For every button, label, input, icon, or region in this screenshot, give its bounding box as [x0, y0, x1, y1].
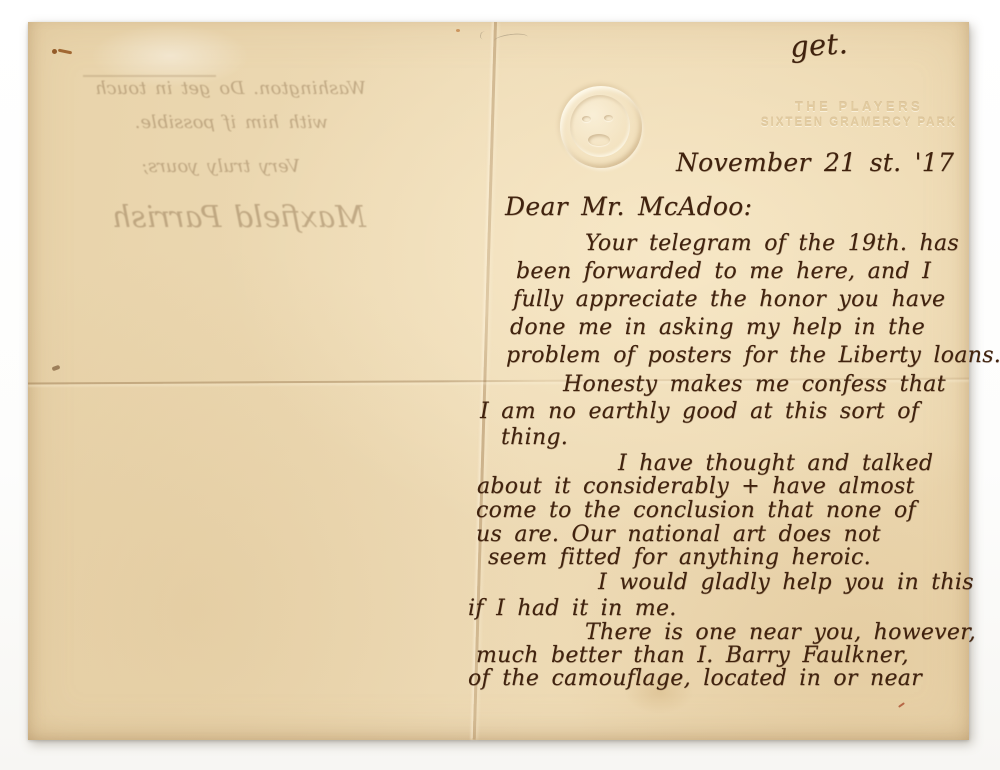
ink-fleck-dash — [58, 49, 72, 55]
letter-date: November 21 st. '17 — [676, 148, 954, 177]
bleedthrough-line: Very truly yours; — [142, 156, 300, 177]
letter-body-line: I would gladly help you in this — [598, 570, 974, 595]
letter-body-line: seem fitted for anything heroic. — [488, 545, 871, 570]
letter-body-line: come to the conclusion that none of — [476, 498, 916, 523]
letter-body-line: I have thought and talked — [618, 451, 933, 476]
letter-body-line: much better than I. Barry Faulkner, — [476, 643, 909, 668]
letter-body-line: about it considerably + have almost — [477, 474, 915, 499]
letter-sheet: Washington. Do get in touch with him if … — [28, 22, 969, 740]
ink-fleck-dot — [52, 49, 57, 54]
seal-mask-eye-left — [582, 116, 591, 122]
letter-body-line: fully appreciate the honor you have — [513, 287, 945, 312]
orange-speck — [456, 29, 460, 32]
letter-body-line: of the camouflage, located in or near — [468, 666, 922, 691]
letter-photo-background: Washington. Do get in touch with him if … — [0, 0, 1000, 770]
bleedthrough-line: Washington. Do get in touch — [95, 78, 366, 99]
letter-body-line: thing. — [501, 425, 568, 450]
faint-pencil-mark-2 — [479, 31, 492, 41]
seal-mask-eye-right — [604, 115, 613, 121]
letter-body-line: problem of posters for the Liberty loans… — [506, 343, 1000, 368]
letterhead-club-name: THE PLAYERS — [728, 99, 990, 114]
letter-body-line: There is one near you, however, — [585, 620, 976, 645]
ink-speck-left-edge — [52, 365, 61, 371]
letter-body-line: I am no earthly good at this sort of — [480, 399, 919, 424]
red-speck — [898, 702, 905, 708]
bleedthrough-signature: Maxfield Parrish — [112, 200, 366, 235]
letterhead-address: SIXTEEN GRAMERCY PARK — [728, 117, 990, 129]
letterhead: THE PLAYERS SIXTEEN GRAMERCY PARK — [728, 99, 990, 129]
letter-salutation: Dear Mr. McAdoo: — [505, 192, 752, 221]
letter-body-line: Your telegram of the 19th. has — [585, 231, 959, 256]
bleedthrough-line: with him if possible. — [135, 112, 328, 133]
letter-body-line: if I had it in me. — [468, 596, 677, 621]
letter-body-line: been forwarded to me here, and I — [516, 259, 931, 284]
letter-body-line: us are. Our national art does not — [476, 522, 881, 547]
letter-body-line: Honesty makes me confess that — [563, 372, 946, 397]
seal-mask-mouth — [588, 134, 610, 146]
get-annotation: get. — [789, 26, 849, 64]
letter-body-line: done me in asking my help in the — [510, 315, 925, 340]
faint-pencil-mark — [494, 32, 529, 46]
seal-inner-ring — [570, 95, 630, 157]
players-club-embossed-seal-icon — [560, 86, 642, 168]
bleedthrough-underline — [83, 75, 216, 77]
bleedthrough-text-block: Washington. Do get in touch with him if … — [58, 72, 366, 287]
